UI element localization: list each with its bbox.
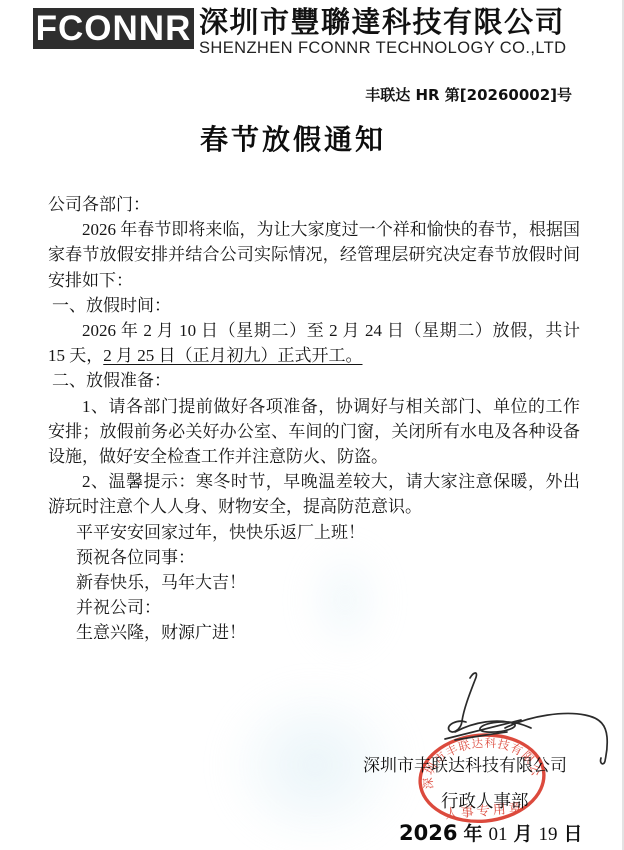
fconnr-logo: FCONNR — [33, 8, 194, 49]
return-to-work-underlined: 2 月 25 日（正月初九）正式开工。 — [103, 346, 362, 365]
blessing-company: 生意兴隆，财源广进！ — [48, 620, 580, 645]
notice-title: 春节放假通知 — [0, 118, 586, 158]
handwritten-signature — [425, 660, 620, 778]
blessing-colleagues: 新春快乐，马年大吉！ — [48, 570, 580, 595]
company-name-english: SHENZHEN FCONNR TECHNOLOGY CO.,LTD — [199, 40, 566, 57]
logo-text: FCONNR — [36, 9, 192, 49]
date-year: 2026 — [399, 821, 457, 845]
blessing-company-label: 并祝公司： — [48, 595, 580, 620]
date-day-label: 日 — [563, 824, 582, 845]
date-day: 19 — [538, 824, 557, 845]
holiday-time-paragraph: 2026 年 2 月 10 日（星期二）至 2 月 24 日（星期二）放假，共计… — [48, 318, 580, 368]
notice-body: 公司各部门： 2026 年春节即将来临，为让大家度过一个祥和愉快的春节，根据国家… — [48, 192, 580, 646]
company-name-chinese: 深圳市豐聯達科技有限公司 — [199, 8, 566, 37]
notice-date: 2026 年 01 月 19 日 — [399, 819, 585, 846]
section1-heading: 一、放假时间： — [48, 293, 580, 318]
wish-line: 平平安安回家过年，快快乐返厂上班！ — [48, 520, 580, 545]
company-name-block: 深圳市豐聯達科技有限公司 SHENZHEN FCONNR TECHNOLOGY … — [199, 8, 566, 57]
date-month: 01 — [488, 824, 507, 845]
document-page: FCONNR 深圳市豐聯達科技有限公司 SHENZHEN FCONNR TECH… — [0, 0, 624, 850]
intro-paragraph: 2026 年春节即将来临，为让大家度过一个祥和愉快的春节，根据国家春节放假安排并… — [48, 217, 580, 293]
letterhead: FCONNR 深圳市豐聯達科技有限公司 SHENZHEN FCONNR TECH… — [33, 8, 566, 57]
document-reference-number: 丰联达 HR 第[20260002]号 — [365, 84, 572, 105]
preparation-item-1: 1、请各部门提前做好各项准备，协调好与相关部门、单位的工作安排；放假前务必关好办… — [48, 394, 580, 470]
signing-department: 行政人事部 — [441, 788, 529, 813]
preparation-item-2: 2、温馨提示：寒冬时节，早晚温差较大，请大家注意保暖，外出游玩时注意个人人身、财… — [48, 469, 580, 519]
date-year-label: 年 — [463, 824, 482, 845]
blessing-colleagues-label: 预祝各位同事： — [48, 545, 580, 570]
section2-heading: 二、放假准备： — [48, 368, 580, 393]
salutation: 公司各部门： — [48, 192, 580, 217]
date-month-label: 月 — [513, 824, 532, 845]
